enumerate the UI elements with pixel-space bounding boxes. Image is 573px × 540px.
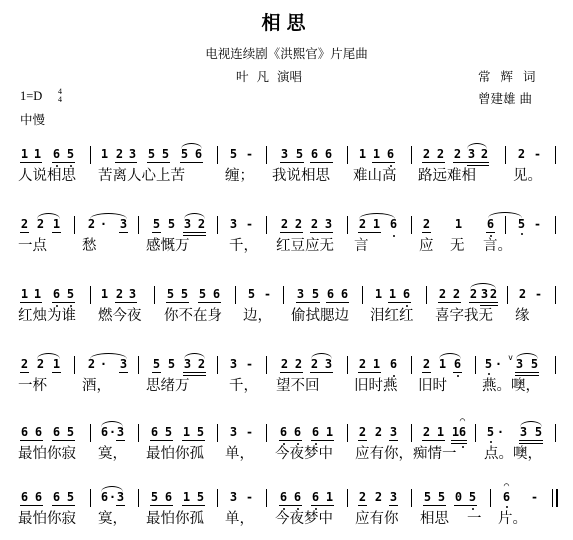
barline: [347, 424, 348, 442]
barline: [555, 356, 556, 374]
beam: [519, 440, 543, 441]
beam: [119, 372, 128, 373]
note: 2: [20, 358, 29, 371]
note: 6: [150, 426, 159, 439]
time-signature: 4 4: [58, 88, 62, 104]
notation-row: 2 2 1 2 · 3 5 5 3 2 3 - 2 2 2 3 2 1 6: [0, 210, 573, 236]
note: 5: [152, 218, 161, 231]
note: 3: [116, 491, 125, 504]
barline: [475, 356, 476, 374]
lyric: 红烛为谁: [18, 304, 76, 325]
note: 5: [164, 426, 173, 439]
note: 5: [437, 491, 446, 504]
composer-credit: 曾建雄 曲: [478, 89, 532, 107]
note: 2: [280, 358, 289, 371]
dash: -: [245, 358, 254, 371]
dot: ·: [494, 358, 503, 371]
note: 2: [438, 288, 447, 301]
note: 6: [310, 148, 319, 161]
beam: [279, 505, 302, 506]
lyric: 最怕你孤: [146, 442, 204, 463]
lyric: 最怕你孤: [146, 507, 204, 528]
lyric: 感慨万: [146, 234, 190, 255]
note: 5: [484, 358, 493, 371]
note: 5: [66, 426, 75, 439]
barline: [411, 424, 412, 442]
lyric: 言: [354, 234, 369, 255]
beam: [183, 372, 206, 373]
barline: [555, 146, 556, 164]
note: 2: [36, 358, 45, 371]
lyric: 无: [450, 234, 465, 255]
note: 5: [180, 288, 189, 301]
note: 6: [486, 218, 495, 231]
note: 1: [20, 288, 29, 301]
barline: [266, 216, 267, 234]
barline: [490, 489, 491, 507]
note: 3: [116, 426, 125, 439]
note: 5: [423, 491, 432, 504]
barline: [74, 356, 75, 374]
barline: [217, 489, 218, 507]
note: 6: [52, 288, 61, 301]
note: 5: [66, 288, 75, 301]
note: 6: [279, 491, 288, 504]
note: 2: [294, 358, 303, 371]
note: 3: [515, 358, 524, 371]
barline: [138, 424, 139, 442]
beam: [422, 440, 445, 441]
lyric: 一杯: [18, 374, 47, 395]
note: 2: [115, 148, 124, 161]
lyric: 酒，: [82, 374, 111, 395]
note: 6: [324, 148, 333, 161]
score-system-4: 2 2 1 2 · 3 5 5 3 2 3 - 2 2 2 3 2 1 6: [0, 350, 573, 406]
beam: [311, 505, 334, 506]
note: 2: [87, 218, 96, 231]
note: 5: [150, 491, 159, 504]
note: 1: [100, 288, 109, 301]
beam: [52, 302, 75, 303]
note: 2: [469, 288, 478, 301]
beam: [52, 440, 75, 441]
note: 5: [229, 148, 238, 161]
notation-row: 1 1 6 5 1 2 3 5 5 5 6 5 - 3 5 6 6 1 1 6: [0, 280, 573, 306]
slur: [181, 143, 202, 149]
beam: [180, 162, 203, 163]
beam: [358, 232, 381, 233]
beam: [453, 372, 462, 373]
notation-row: 2 2 1 2 · 3 5 5 3 2 3 - 2 2 2 3 2 1 6: [0, 350, 573, 376]
barline: [507, 286, 508, 304]
beam: [453, 162, 489, 163]
note: 2: [422, 358, 431, 371]
note: 6: [52, 491, 61, 504]
barline: [217, 216, 218, 234]
dash: -: [245, 148, 254, 161]
lyric: 应: [419, 234, 434, 255]
note: 2: [197, 358, 206, 371]
lyrics-row: 一杯 酒， 思绪万 千， 望不回 旧时燕 旧时 燕。噢，: [0, 374, 573, 394]
barline: [138, 489, 139, 507]
barline: [217, 424, 218, 442]
beam: [20, 505, 43, 506]
note: 1: [52, 358, 61, 371]
lyric: 红豆应无: [276, 234, 334, 255]
lyric: 最怕你寂: [18, 507, 76, 528]
note: 1: [100, 148, 109, 161]
beam: [280, 232, 303, 233]
note: 6: [293, 491, 302, 504]
note: 3: [128, 148, 137, 161]
note: 5: [196, 491, 205, 504]
lyric: 偷拭腮边: [291, 304, 349, 325]
lyric: 旧时: [418, 374, 447, 395]
note: 1: [374, 288, 383, 301]
barline: [74, 216, 75, 234]
breath-mark: v: [506, 351, 515, 364]
lyrics-row: 最怕你寂 寞， 最怕你孤 单， 今夜梦中 应有你，痴情一 点。噢，: [0, 442, 573, 462]
note: 6: [20, 426, 29, 439]
slur: [90, 353, 127, 359]
beam: [310, 232, 333, 233]
lyric: 片。: [498, 507, 527, 528]
note: 6: [386, 148, 395, 161]
score-system-6: 6 6 6 5 6 · 3 5 6 1 5 3 - 6 6 6 1 2 2 3: [0, 483, 573, 539]
tempo-marking: 中慢: [20, 110, 45, 128]
barline: [266, 489, 267, 507]
note: 5: [295, 148, 304, 161]
note: 3: [296, 288, 305, 301]
dash: -: [533, 148, 542, 161]
note: 2: [115, 288, 124, 301]
note: 2: [197, 218, 206, 231]
note: 2: [310, 218, 319, 231]
beam: [279, 440, 302, 441]
barline: [426, 286, 427, 304]
note: 1: [20, 148, 29, 161]
note: 6: [389, 218, 398, 231]
slur: [37, 213, 60, 219]
lyric: 燃今夜: [98, 304, 142, 325]
notation-row: 6 6 6 5 6 · 3 5 6 1 5 3 - 6 6 6 1 2 2 3: [0, 483, 573, 509]
beam: [20, 162, 42, 163]
beam: [280, 372, 303, 373]
lyric: 千，: [229, 234, 258, 255]
note: 3: [183, 218, 192, 231]
note: 6: [34, 491, 43, 504]
barline: [347, 356, 348, 374]
beam: [515, 372, 539, 373]
beam: [326, 302, 349, 303]
barline: [347, 216, 348, 234]
note: 2: [422, 426, 431, 439]
beam: [358, 372, 381, 373]
barline: [555, 424, 556, 442]
note: 1: [436, 426, 445, 439]
note: 6: [453, 358, 462, 371]
beam: [388, 302, 411, 303]
beam: [422, 372, 431, 373]
note: 5: [167, 218, 176, 231]
beam: [469, 302, 498, 303]
lyrics-row: 最怕你寂 寞， 最怕你孤 单， 今夜梦中 应有你 相思 一 片。: [0, 507, 573, 527]
note: 5: [530, 358, 539, 371]
barline: [266, 356, 267, 374]
barline: [266, 146, 267, 164]
barline: [411, 216, 412, 234]
note: 6: [311, 491, 320, 504]
note: 5: [468, 491, 477, 504]
lyric: 燕。噢，: [482, 374, 540, 395]
slur: [90, 213, 127, 219]
lyric: 最怕你寂: [18, 442, 76, 463]
dash: -: [534, 288, 543, 301]
beam: [389, 505, 398, 506]
lyric: 泪红红: [370, 304, 414, 325]
note: 2: [436, 148, 445, 161]
note: 5: [161, 148, 170, 161]
note: 6: [311, 426, 320, 439]
dash: -: [263, 288, 272, 301]
note: 6: [52, 148, 61, 161]
beam: [311, 440, 334, 441]
slur: [520, 421, 542, 427]
score-system-5: 6 6 6 5 6 · 3 6 5 1 5 3 - 6 6 6 1 2 2 3: [0, 418, 573, 474]
note: 2: [358, 218, 367, 231]
beam: [198, 302, 221, 303]
note: 2: [480, 148, 489, 161]
note: 5: [147, 148, 156, 161]
note: 6: [326, 288, 335, 301]
song-subtitle: 电视连续剧《洪熙官》片尾曲: [0, 44, 573, 62]
note: 5: [196, 426, 205, 439]
note: 3: [389, 491, 398, 504]
barline: [138, 356, 139, 374]
fermata-icon: ⌒: [502, 480, 511, 493]
note: 3: [519, 426, 528, 439]
lyric: 今夜梦中: [275, 442, 333, 463]
singer-credit: 叶 凡 演唱: [236, 67, 302, 85]
note: 1: [388, 288, 397, 301]
note: 3: [480, 288, 489, 301]
note: 2: [453, 148, 462, 161]
note: 6: [279, 426, 288, 439]
lyric: 难山高: [353, 164, 397, 185]
note: 0: [454, 491, 463, 504]
note: 6: [212, 288, 221, 301]
final-barline-thick: [556, 489, 558, 507]
dash: -: [245, 218, 254, 231]
song-title: 相思: [0, 8, 573, 35]
note: 1: [182, 426, 191, 439]
beam: [115, 302, 137, 303]
beam: [451, 440, 467, 441]
note: 6: [293, 426, 302, 439]
note: 1: [325, 426, 334, 439]
note: 3: [229, 218, 238, 231]
score-system-2: 2 2 1 2 · 3 5 5 3 2 3 - 2 2 2 3 2 1 6: [0, 210, 573, 266]
beam: [119, 232, 128, 233]
barline: [217, 356, 218, 374]
notation-row: 1 1 6 5 1 2 3 5 5 5 6 5 - 3 5 6 6 1 1 6: [0, 140, 573, 166]
beam: [20, 232, 29, 233]
slur: [516, 353, 538, 359]
beam: [310, 162, 333, 163]
note: 1: [325, 491, 334, 504]
lyric: 言。: [483, 234, 512, 255]
barline: [505, 146, 506, 164]
beam: [20, 372, 29, 373]
lyric: 今夜梦中: [275, 507, 333, 528]
note: 5: [486, 426, 495, 439]
lyric: 路远难相: [418, 164, 476, 185]
note: 2: [422, 148, 431, 161]
note: 1: [372, 218, 381, 231]
barline: [347, 146, 348, 164]
key-signature: 1=D: [20, 89, 42, 104]
slur: [439, 353, 461, 359]
beam: [166, 302, 189, 303]
beam: [438, 302, 461, 303]
beam: [486, 232, 495, 233]
beam: [182, 505, 205, 506]
note: 3: [389, 426, 398, 439]
dot: ·: [99, 218, 108, 231]
beam: [182, 440, 205, 441]
lyric: 单，: [225, 507, 254, 528]
beam: [115, 162, 137, 163]
note: 3: [324, 358, 333, 371]
note: 3: [280, 148, 289, 161]
slur: [184, 213, 205, 219]
note: 6: [194, 148, 203, 161]
beam: [389, 440, 398, 441]
note: 6: [389, 358, 398, 371]
note: 1: [33, 288, 42, 301]
barline: [235, 286, 236, 304]
beam: [280, 162, 304, 163]
slur: [359, 213, 395, 219]
beam: [147, 162, 170, 163]
dash: -: [245, 426, 254, 439]
dash: -: [245, 491, 254, 504]
lyric: 缠；: [225, 164, 254, 185]
barline: [411, 489, 412, 507]
note: 3: [119, 218, 128, 231]
beam: [183, 232, 206, 233]
beam: [52, 232, 61, 233]
lyric: 边，: [243, 304, 272, 325]
note: 5: [517, 218, 526, 231]
note: 6: [340, 288, 349, 301]
beam: [454, 505, 477, 506]
barline: [154, 286, 155, 304]
beam: [422, 232, 431, 233]
note: 3: [229, 491, 238, 504]
lyric: 点。噢，: [484, 442, 542, 463]
note: 2: [452, 288, 461, 301]
note: 1: [182, 491, 191, 504]
note: 5: [167, 358, 176, 371]
lyric: 寞，: [98, 507, 127, 528]
note: 2: [358, 491, 367, 504]
beam: [150, 505, 173, 506]
lyrics-row: 红烛为谁 燃今夜 你不在身 边， 偷拭腮边 泪红红 喜字我无 缘: [0, 304, 573, 324]
note: 2: [517, 148, 526, 161]
lyric: 单，: [225, 442, 254, 463]
note: 5: [66, 148, 75, 161]
note: 6: [402, 288, 411, 301]
barline: [90, 489, 91, 507]
beam: [116, 440, 125, 441]
slur: [470, 283, 496, 289]
note: 2: [280, 218, 289, 231]
slur: [101, 486, 123, 492]
note: 2: [489, 288, 498, 301]
note: 3: [229, 426, 238, 439]
lyric: 见。: [513, 164, 542, 185]
barline: [217, 146, 218, 164]
note: 2: [36, 218, 45, 231]
dash: -: [530, 491, 539, 504]
slur: [37, 353, 60, 359]
note: 1: [438, 358, 447, 371]
slur: [101, 421, 123, 427]
lyric: 思绪万: [146, 374, 190, 395]
beam: [116, 505, 125, 506]
barline: [475, 424, 476, 442]
note: 2: [87, 358, 96, 371]
lyric: 愁: [82, 234, 97, 255]
lyric: 一点: [18, 234, 47, 255]
note: 3: [229, 358, 238, 371]
lyric: 旧时燕: [354, 374, 398, 395]
barline: [90, 286, 91, 304]
note: 2: [422, 218, 431, 231]
beam: [422, 162, 445, 163]
note: 5: [311, 288, 320, 301]
note: 5: [166, 288, 175, 301]
beam: [152, 372, 161, 373]
barline: [555, 286, 556, 304]
barline: [362, 286, 363, 304]
note: 5: [247, 288, 256, 301]
note: 1: [372, 358, 381, 371]
note: 2: [374, 426, 383, 439]
dot: ·: [99, 358, 108, 371]
beam: [52, 505, 75, 506]
note: 3: [467, 148, 476, 161]
note: 1: [372, 148, 381, 161]
note: 1: [454, 218, 463, 231]
barline: [283, 286, 284, 304]
slur: [467, 143, 487, 149]
note: 6: [34, 426, 43, 439]
lyricist-credit: 常 辉 词: [478, 67, 538, 85]
beam: [296, 302, 320, 303]
note: 5: [152, 358, 161, 371]
note: 6: [164, 491, 173, 504]
dot: ·: [496, 426, 505, 439]
lyric: 我说相思: [272, 164, 330, 185]
beam: [423, 505, 446, 506]
beam: [358, 505, 367, 506]
dash: -: [533, 218, 542, 231]
note: 2: [310, 358, 319, 371]
note: 2: [518, 288, 527, 301]
note: 1: [358, 148, 367, 161]
